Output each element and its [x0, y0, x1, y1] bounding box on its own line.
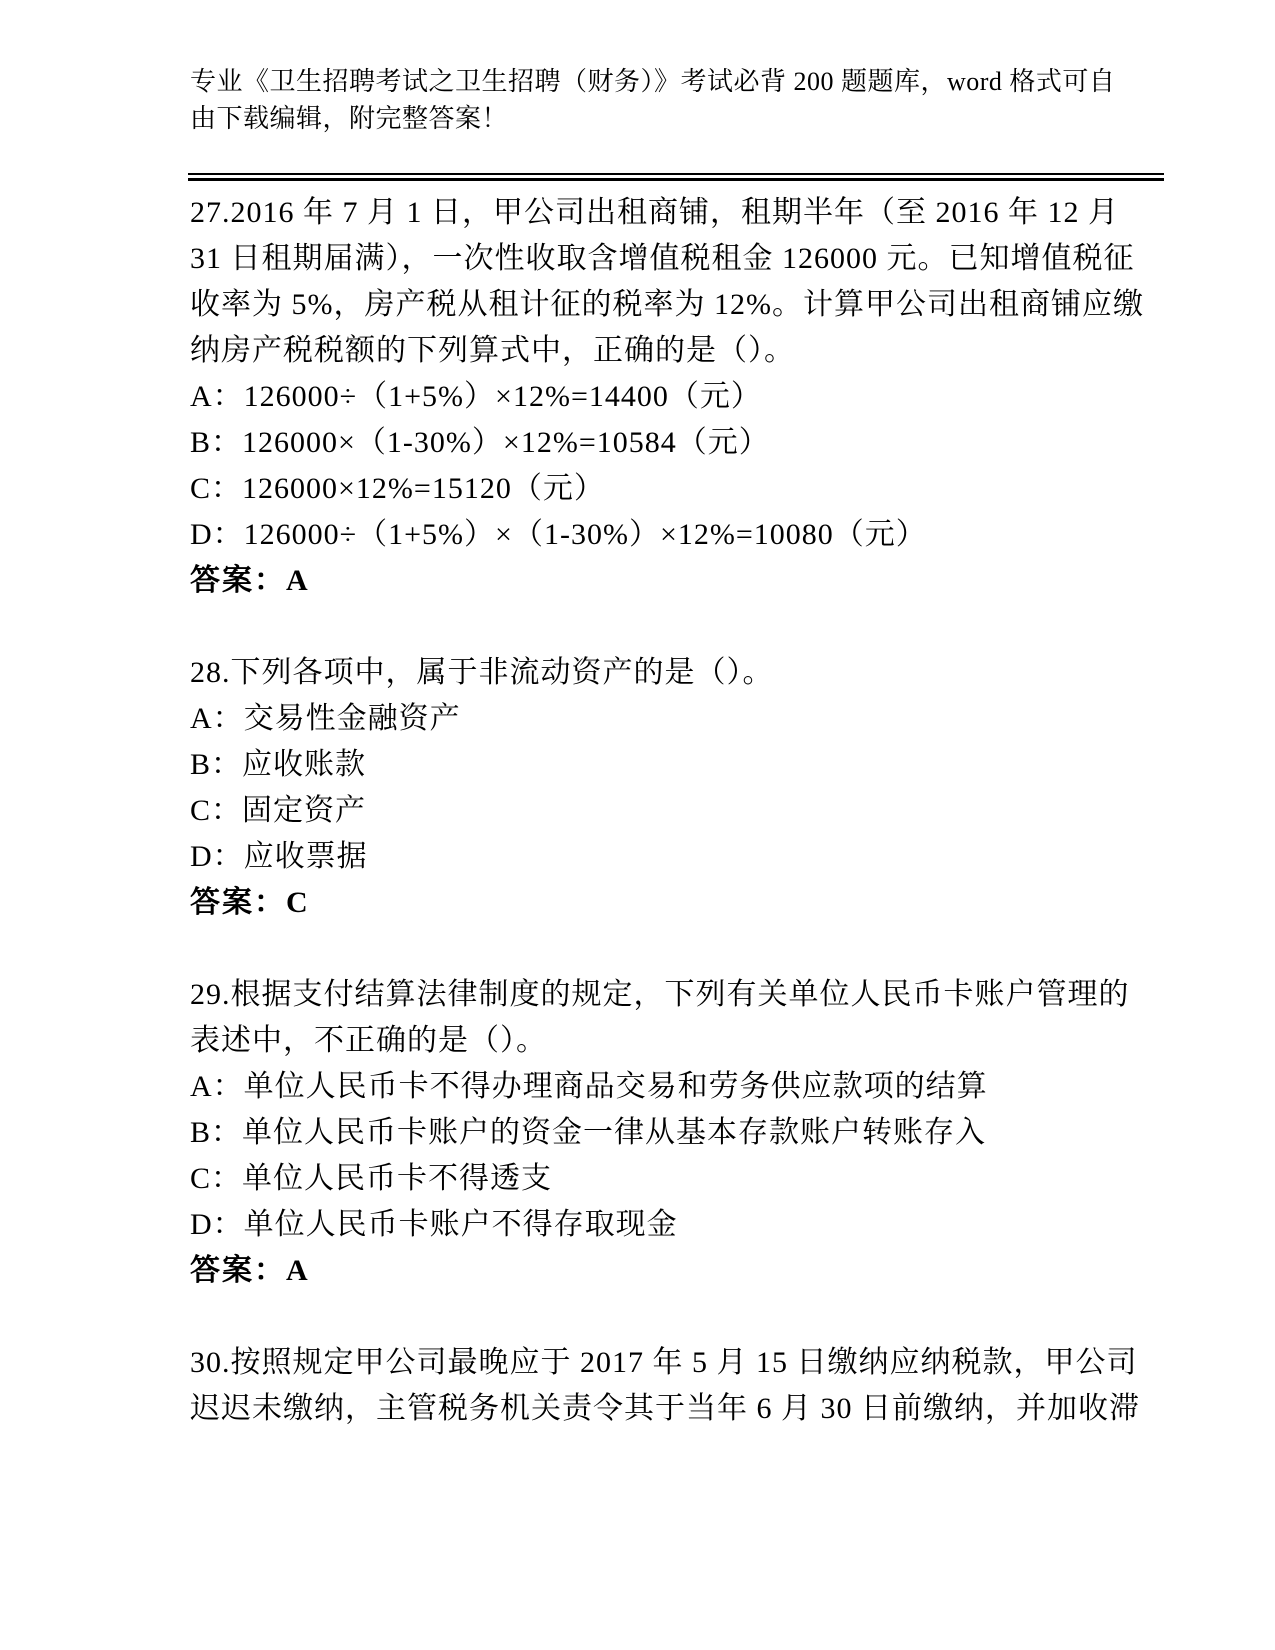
- block-spacer: [190, 1294, 1180, 1340]
- header-divider: [188, 173, 1164, 181]
- question-stem-line: 29.根据支付结算法律制度的规定，下列有关单位人民币卡账户管理的: [190, 972, 1180, 1018]
- option-line-b: B：126000×（1-30%）×12%=10584（元）: [190, 420, 1180, 466]
- divider-thick-line: [188, 178, 1164, 181]
- question-stem-line: 27.2016 年 7 月 1 日，甲公司出租商铺，租期半年（至 2016 年 …: [190, 190, 1180, 236]
- document-page: 专业《卫生招聘考试之卫生招聘（财务）》考试必背 200 题题库，word 格式可…: [0, 0, 1275, 1650]
- question-stem-line: 纳房产税税额的下列算式中，正确的是（）。: [190, 328, 1180, 374]
- option-line-b: B：单位人民币卡账户的资金一律从基本存款账户转账存入: [190, 1110, 1180, 1156]
- question-28: 28.下列各项中，属于非流动资产的是（）。 A：交易性金融资产 B：应收账款 C…: [190, 650, 1180, 926]
- option-line-c: C：单位人民币卡不得透支: [190, 1156, 1180, 1202]
- document-body: 27.2016 年 7 月 1 日，甲公司出租商铺，租期半年（至 2016 年 …: [190, 190, 1180, 1432]
- question-27: 27.2016 年 7 月 1 日，甲公司出租商铺，租期半年（至 2016 年 …: [190, 190, 1180, 604]
- question-stem-line: 收率为 5%，房产税从租计征的税率为 12%。计算甲公司出租商铺应缴: [190, 282, 1180, 328]
- header-title-line-1: 专业《卫生招聘考试之卫生招聘（财务）》考试必背 200 题题库，word 格式可…: [190, 63, 1170, 100]
- option-line-d: D：应收票据: [190, 834, 1180, 880]
- question-stem-line: 28.下列各项中，属于非流动资产的是（）。: [190, 650, 1180, 696]
- option-line-d: D：单位人民币卡账户不得存取现金: [190, 1202, 1180, 1248]
- answer-line: 答案：C: [190, 880, 1180, 926]
- page-header: 专业《卫生招聘考试之卫生招聘（财务）》考试必背 200 题题库，word 格式可…: [190, 63, 1170, 137]
- block-spacer: [190, 926, 1180, 972]
- option-line-a: A：126000÷（1+5%）×12%=14400（元）: [190, 374, 1180, 420]
- option-line-c: C：126000×12%=15120（元）: [190, 466, 1180, 512]
- header-title-line-2: 由下载编辑，附完整答案！: [190, 100, 1170, 137]
- question-stem-line: 30.按照规定甲公司最晚应于 2017 年 5 月 15 日缴纳应纳税款，甲公司: [190, 1340, 1180, 1386]
- question-stem-line: 迟迟未缴纳，主管税务机关责令其于当年 6 月 30 日前缴纳，并加收滞: [190, 1386, 1180, 1432]
- block-spacer: [190, 604, 1180, 650]
- option-line-c: C：固定资产: [190, 788, 1180, 834]
- question-30: 30.按照规定甲公司最晚应于 2017 年 5 月 15 日缴纳应纳税款，甲公司…: [190, 1340, 1180, 1432]
- option-line-a: A：交易性金融资产: [190, 696, 1180, 742]
- question-stem-line: 表述中，不正确的是（）。: [190, 1018, 1180, 1064]
- question-stem-line: 31 日租期届满），一次性收取含增值税租金 126000 元。已知增值税征: [190, 236, 1180, 282]
- question-29: 29.根据支付结算法律制度的规定，下列有关单位人民币卡账户管理的 表述中，不正确…: [190, 972, 1180, 1294]
- option-line-b: B：应收账款: [190, 742, 1180, 788]
- option-line-a: A：单位人民币卡不得办理商品交易和劳务供应款项的结算: [190, 1064, 1180, 1110]
- answer-line: 答案：A: [190, 1248, 1180, 1294]
- option-line-d: D：126000÷（1+5%）×（1-30%）×12%=10080（元）: [190, 512, 1180, 558]
- answer-line: 答案：A: [190, 558, 1180, 604]
